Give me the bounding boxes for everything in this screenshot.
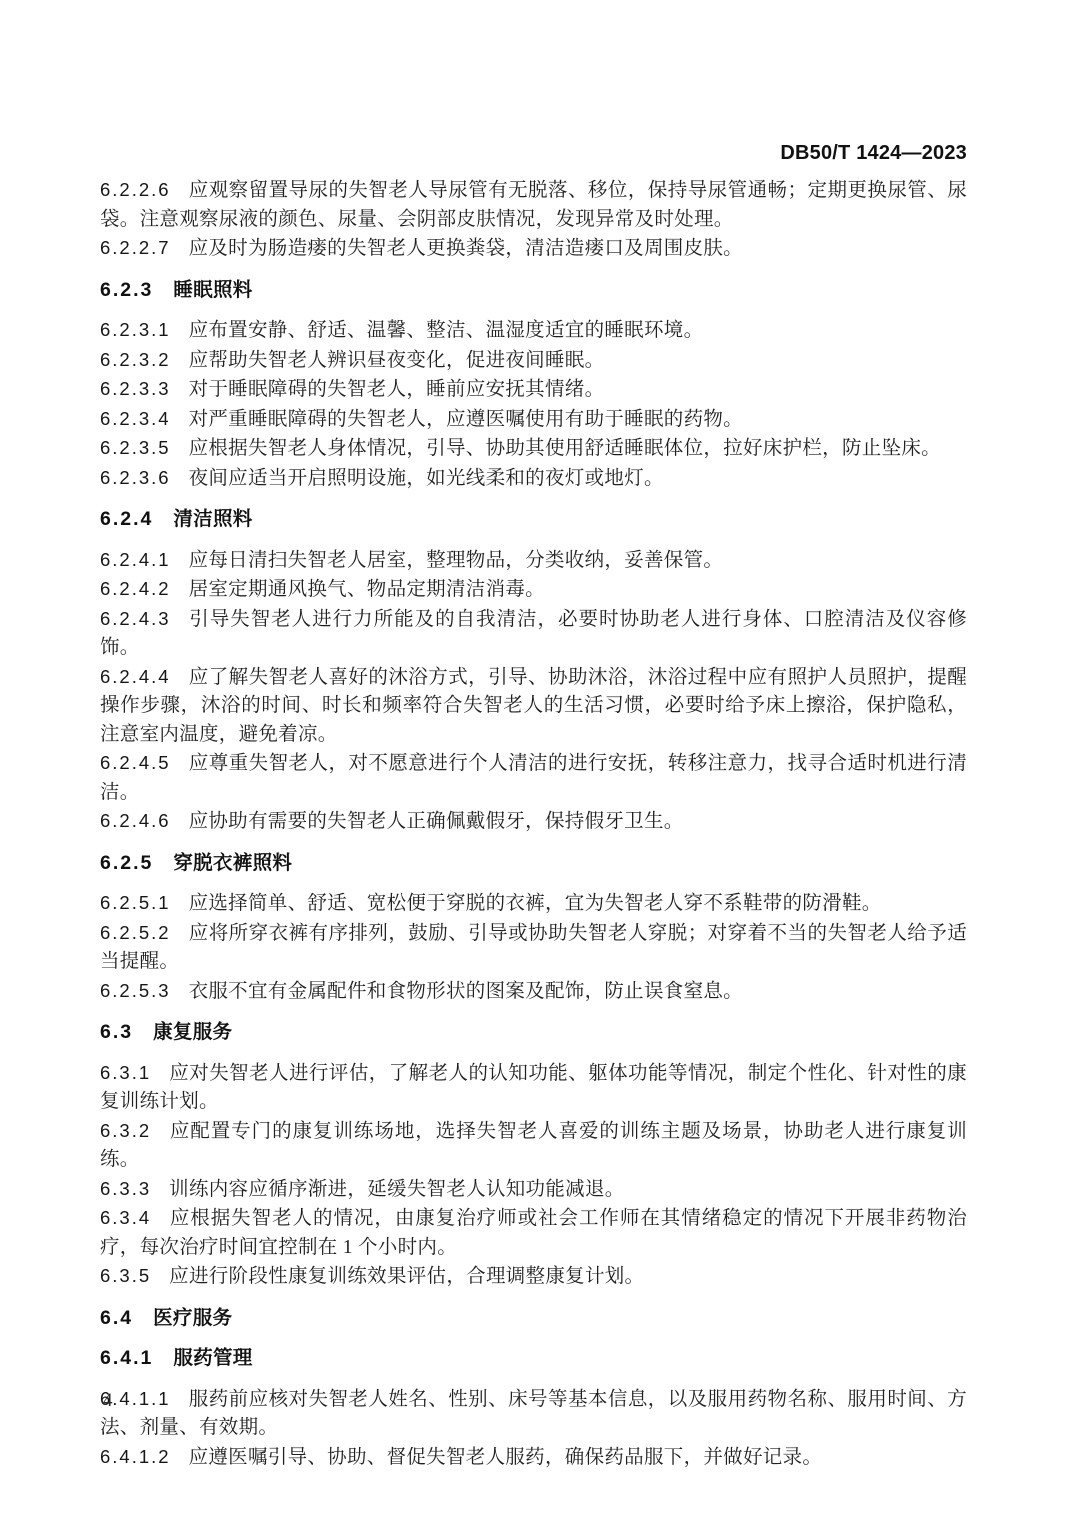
clause-number: 6.2.3.4 [100,408,171,429]
clause-paragraph: 6.3.1应对失智老人进行评估，了解老人的认知功能、躯体功能等情况，制定个性化、… [100,1059,967,1117]
clause-paragraph: 6.2.4.4应了解失智老人喜好的沐浴方式，引导、协助沐浴，沐浴过程中应有照护人… [100,663,967,750]
section-heading-number: 6.2.3 [100,279,153,301]
clause-number: 6.2.3.3 [100,378,171,399]
clause-paragraph: 6.2.3.6夜间应适当开启照明设施，如光线柔和的夜灯或地灯。 [100,464,967,494]
section-heading-text: 医疗服务 [153,1307,232,1329]
clause-paragraph: 6.2.5.2应将所穿衣裤有序排列，鼓励、引导或协助失智老人穿脱；对穿着不当的失… [100,919,967,977]
clause-number: 6.2.4.1 [100,549,171,570]
clause-number: 6.2.4.3 [100,608,171,629]
clause-number: 6.3.2 [100,1120,151,1141]
clause-number: 6.2.5.2 [100,922,171,943]
clause-paragraph: 6.3.5应进行阶段性康复训练效果评估，合理调整康复计划。 [100,1262,967,1292]
clause-text: 应观察留置导尿的失智老人导尿管有无脱落、移位，保持导尿管通畅；定期更换尿管、尿袋… [100,180,967,230]
clause-text: 应尊重失智老人，对不愿意进行个人清洁的进行安抚，转移注意力，找寻合适时机进行清洁… [100,753,967,803]
page-number: 4 [103,1390,113,1411]
section-heading-number: 6.4 [100,1307,133,1329]
clause-paragraph: 6.2.4.1应每日清扫失智老人居室，整理物品，分类收纳，妥善保管。 [100,546,967,576]
clause-paragraph: 6.3.3训练内容应循序渐进，延缓失智老人认知功能减退。 [100,1175,967,1205]
clause-paragraph: 6.2.4.6应协助有需要的失智老人正确佩戴假牙，保持假牙卫生。 [100,807,967,837]
clause-text: 应将所穿衣裤有序排列，鼓励、引导或协助失智老人穿脱；对穿着不当的失智老人给予适当… [100,923,967,973]
clause-number: 6.2.3.2 [100,349,171,370]
clause-paragraph: 6.2.3.5应根据失智老人身体情况，引导、协助其使用舒适睡眠体位，拉好床护栏，… [100,434,967,464]
document-page: { "header": { "standard_code": "DB50/T 1… [0,0,1074,1520]
clause-text: 应选择简单、舒适、宽松便于穿脱的衣裤，宜为失智老人穿不系鞋带的防滑鞋。 [189,893,882,914]
standard-code: DB50/T 1424—2023 [780,142,967,164]
page-header: DB50/T 1424—2023 [100,142,967,165]
clause-paragraph: 6.2.5.3衣服不宜有金属配件和食物形状的图案及配饰，防止误食窒息。 [100,977,967,1007]
section-heading: 6.2.4清洁照料 [100,505,967,534]
clause-text: 居室定期通风换气、物品定期清洁消毒。 [189,579,545,600]
clause-number: 6.2.3.1 [100,319,171,340]
clause-number: 6.2.2.7 [100,237,171,258]
clause-text: 应遵医嘱引导、协助、督促失智老人服药，确保药品服下，并做好记录。 [189,1447,823,1468]
clause-text: 夜间应适当开启照明设施，如光线柔和的夜灯或地灯。 [189,468,664,489]
section-heading-number: 6.4.1 [100,1347,153,1369]
clause-number: 6.3.3 [100,1178,151,1199]
clause-paragraph: 6.2.4.3引导失智老人进行力所能及的自我清洁，必要时协助老人进行身体、口腔清… [100,605,967,663]
clause-paragraph: 6.2.3.3对于睡眠障碍的失智老人，睡前应安抚其情绪。 [100,375,967,405]
clause-text: 应根据失智老人的情况，由康复治疗师或社会工作师在其情绪稳定的情况下开展非药物治疗… [100,1208,967,1258]
clause-paragraph: 6.2.5.1应选择简单、舒适、宽松便于穿脱的衣裤，宜为失智老人穿不系鞋带的防滑… [100,889,967,919]
clause-text: 对严重睡眠障碍的失智老人，应遵医嘱使用有助于睡眠的药物。 [189,409,743,430]
clause-text: 服药前应核对失智老人姓名、性别、床号等基本信息，以及服用药物名称、服用时间、方法… [100,1389,967,1439]
clause-number: 6.2.4.2 [100,578,171,599]
clause-text: 引导失智老人进行力所能及的自我清洁，必要时协助老人进行身体、口腔清洁及仪容修饰。 [100,609,967,659]
section-heading: 6.4医疗服务 [100,1304,967,1333]
clause-text: 应协助有需要的失智老人正确佩戴假牙，保持假牙卫生。 [189,811,684,832]
section-heading-number: 6.3 [100,1021,133,1043]
clause-number: 6.3.4 [100,1207,151,1228]
section-heading: 6.2.5穿脱衣裤照料 [100,849,967,878]
clause-text: 应根据失智老人身体情况，引导、协助其使用舒适睡眠体位，拉好床护栏，防止坠床。 [189,438,941,459]
clause-paragraph: 6.2.3.2应帮助失智老人辨识昼夜变化，促进夜间睡眠。 [100,346,967,376]
clause-text: 应每日清扫失智老人居室，整理物品，分类收纳，妥善保管。 [189,550,724,571]
clause-text: 应布置安静、舒适、温馨、整洁、温湿度适宜的睡眠环境。 [189,320,704,341]
section-heading-text: 穿脱衣裤照料 [173,852,292,874]
clause-text: 应及时为肠造瘘的失智老人更换粪袋，清洁造瘘口及周围皮肤。 [189,238,743,259]
clause-text: 应了解失智老人喜好的沐浴方式，引导、协助沐浴，沐浴过程中应有照护人员照护，提醒操… [100,667,967,745]
section-heading: 6.2.3睡眠照料 [100,276,967,305]
section-heading-number: 6.2.5 [100,852,153,874]
clause-text: 对于睡眠障碍的失智老人，睡前应安抚其情绪。 [189,379,605,400]
clause-text: 训练内容应循序渐进，延缓失智老人认知功能减退。 [169,1179,624,1200]
clause-paragraph: 6.2.3.4对严重睡眠障碍的失智老人，应遵医嘱使用有助于睡眠的药物。 [100,405,967,435]
section-heading-text: 清洁照料 [173,508,252,530]
clause-paragraph: 6.2.2.6应观察留置导尿的失智老人导尿管有无脱落、移位，保持导尿管通畅；定期… [100,176,967,234]
clause-number: 6.2.4.4 [100,666,171,687]
clause-paragraph: 6.4.1.1服药前应核对失智老人姓名、性别、床号等基本信息，以及服用药物名称、… [100,1385,967,1443]
clause-paragraph: 6.4.1.2应遵医嘱引导、协助、督促失智老人服药，确保药品服下，并做好记录。 [100,1443,967,1473]
clause-number: 6.2.5.3 [100,980,171,1001]
clause-paragraph: 6.2.4.2居室定期通风换气、物品定期清洁消毒。 [100,575,967,605]
section-heading: 6.3康复服务 [100,1018,967,1047]
clause-number: 6.2.3.6 [100,467,171,488]
clause-number: 6.2.5.1 [100,892,171,913]
section-heading-number: 6.2.4 [100,508,153,530]
clause-paragraph: 6.3.2应配置专门的康复训练场地，选择失智老人喜爱的训练主题及场景，协助老人进… [100,1117,967,1175]
clause-text: 衣服不宜有金属配件和食物形状的图案及配饰，防止误食窒息。 [189,981,743,1002]
section-heading-text: 睡眠照料 [173,279,252,301]
page-footer: 4 [103,1390,113,1412]
clause-text: 应进行阶段性康复训练效果评估，合理调整康复计划。 [169,1266,644,1287]
clause-number: 6.2.3.5 [100,437,171,458]
clause-text: 应对失智老人进行评估，了解老人的认知功能、躯体功能等情况，制定个性化、针对性的康… [100,1063,967,1113]
section-heading-text: 服药管理 [173,1347,252,1369]
clause-text: 应帮助失智老人辨识昼夜变化，促进夜间睡眠。 [189,350,605,371]
clause-text: 应配置专门的康复训练场地，选择失智老人喜爱的训练主题及场景，协助老人进行康复训练… [100,1121,967,1171]
clause-number: 6.3.5 [100,1265,151,1286]
clause-paragraph: 6.2.4.5应尊重失智老人，对不愿意进行个人清洁的进行安抚，转移注意力，找寻合… [100,749,967,807]
clause-number: 6.4.1.2 [100,1446,171,1467]
document-body: 6.2.2.6应观察留置导尿的失智老人导尿管有无脱落、移位，保持导尿管通畅；定期… [100,176,967,1472]
clause-number: 6.2.4.6 [100,810,171,831]
clause-paragraph: 6.2.2.7应及时为肠造瘘的失智老人更换粪袋，清洁造瘘口及周围皮肤。 [100,234,967,264]
clause-number: 6.2.2.6 [100,179,171,200]
clause-number: 6.3.1 [100,1062,151,1083]
section-heading-text: 康复服务 [153,1021,232,1043]
clause-number: 6.2.4.5 [100,752,171,773]
section-heading: 6.4.1服药管理 [100,1344,967,1373]
clause-paragraph: 6.2.3.1应布置安静、舒适、温馨、整洁、温湿度适宜的睡眠环境。 [100,316,967,346]
clause-paragraph: 6.3.4应根据失智老人的情况，由康复治疗师或社会工作师在其情绪稳定的情况下开展… [100,1204,967,1262]
